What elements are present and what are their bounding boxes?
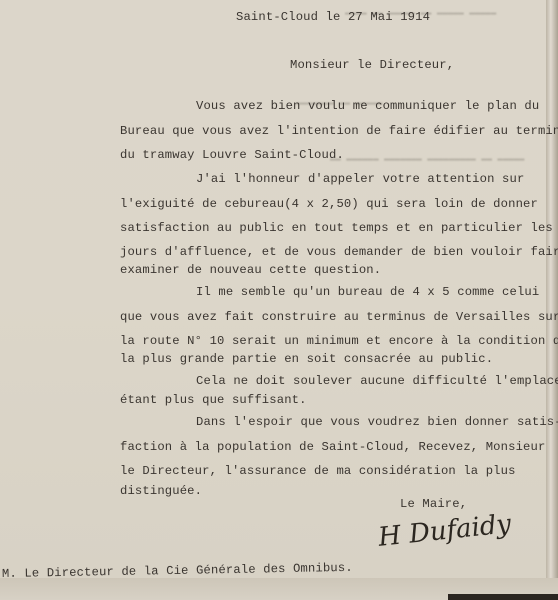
body-line: que vous avez fait construire au terminu… [120, 310, 558, 324]
body-line: Cela ne doit soulever aucune difficulté … [196, 374, 558, 388]
closing: Le Maire, [400, 497, 467, 511]
body-line: Bureau que vous avez l'intention de fair… [120, 124, 558, 138]
body-line: la plus grande partie en soit consacrée … [120, 352, 493, 366]
body-line: jours d'affluence, et de vous demander d… [120, 245, 558, 259]
body-line: du tramway Louvre Saint-Cloud. [120, 148, 344, 162]
bleed-through-text: ▬▬ ▬▬▬▬▬▬ ▬▬▬▬▬▬▬ ▬▬▬▬▬▬▬▬▬ ▬▬ ▬▬▬▬▬ [330, 154, 524, 164]
body-line: la route N° 10 serait un minimum et enco… [120, 334, 558, 348]
body-line: J'ai l'honneur d'appeler votre attention… [196, 172, 524, 186]
body-line: examiner de nouveau cette question. [120, 263, 381, 277]
body-line: Dans l'espoir que vous voudrez bien donn… [196, 415, 558, 429]
page-edge [546, 0, 558, 600]
body-line: faction à la population de Saint-Cloud, … [120, 440, 545, 454]
body-line: Vous avez bien voulu me communiquer le p… [196, 99, 539, 113]
body-line: le Directeur, l'assurance de ma considér… [120, 464, 516, 478]
body-line: l'exiguité de cebureau(4 x 2,50) qui ser… [120, 197, 538, 211]
body-line: satisfaction au public en tout temps et … [120, 221, 553, 235]
body-line: Il me semble qu'un bureau de 4 x 5 comme… [196, 285, 539, 299]
body-line: étant plus que suffisant. [120, 393, 307, 407]
salutation: Monsieur le Directeur, [290, 58, 454, 72]
table-edge [448, 594, 558, 600]
body-line: distinguée. [120, 484, 202, 498]
dateline: Saint-Cloud le 27 Mai 1914 [236, 10, 430, 24]
